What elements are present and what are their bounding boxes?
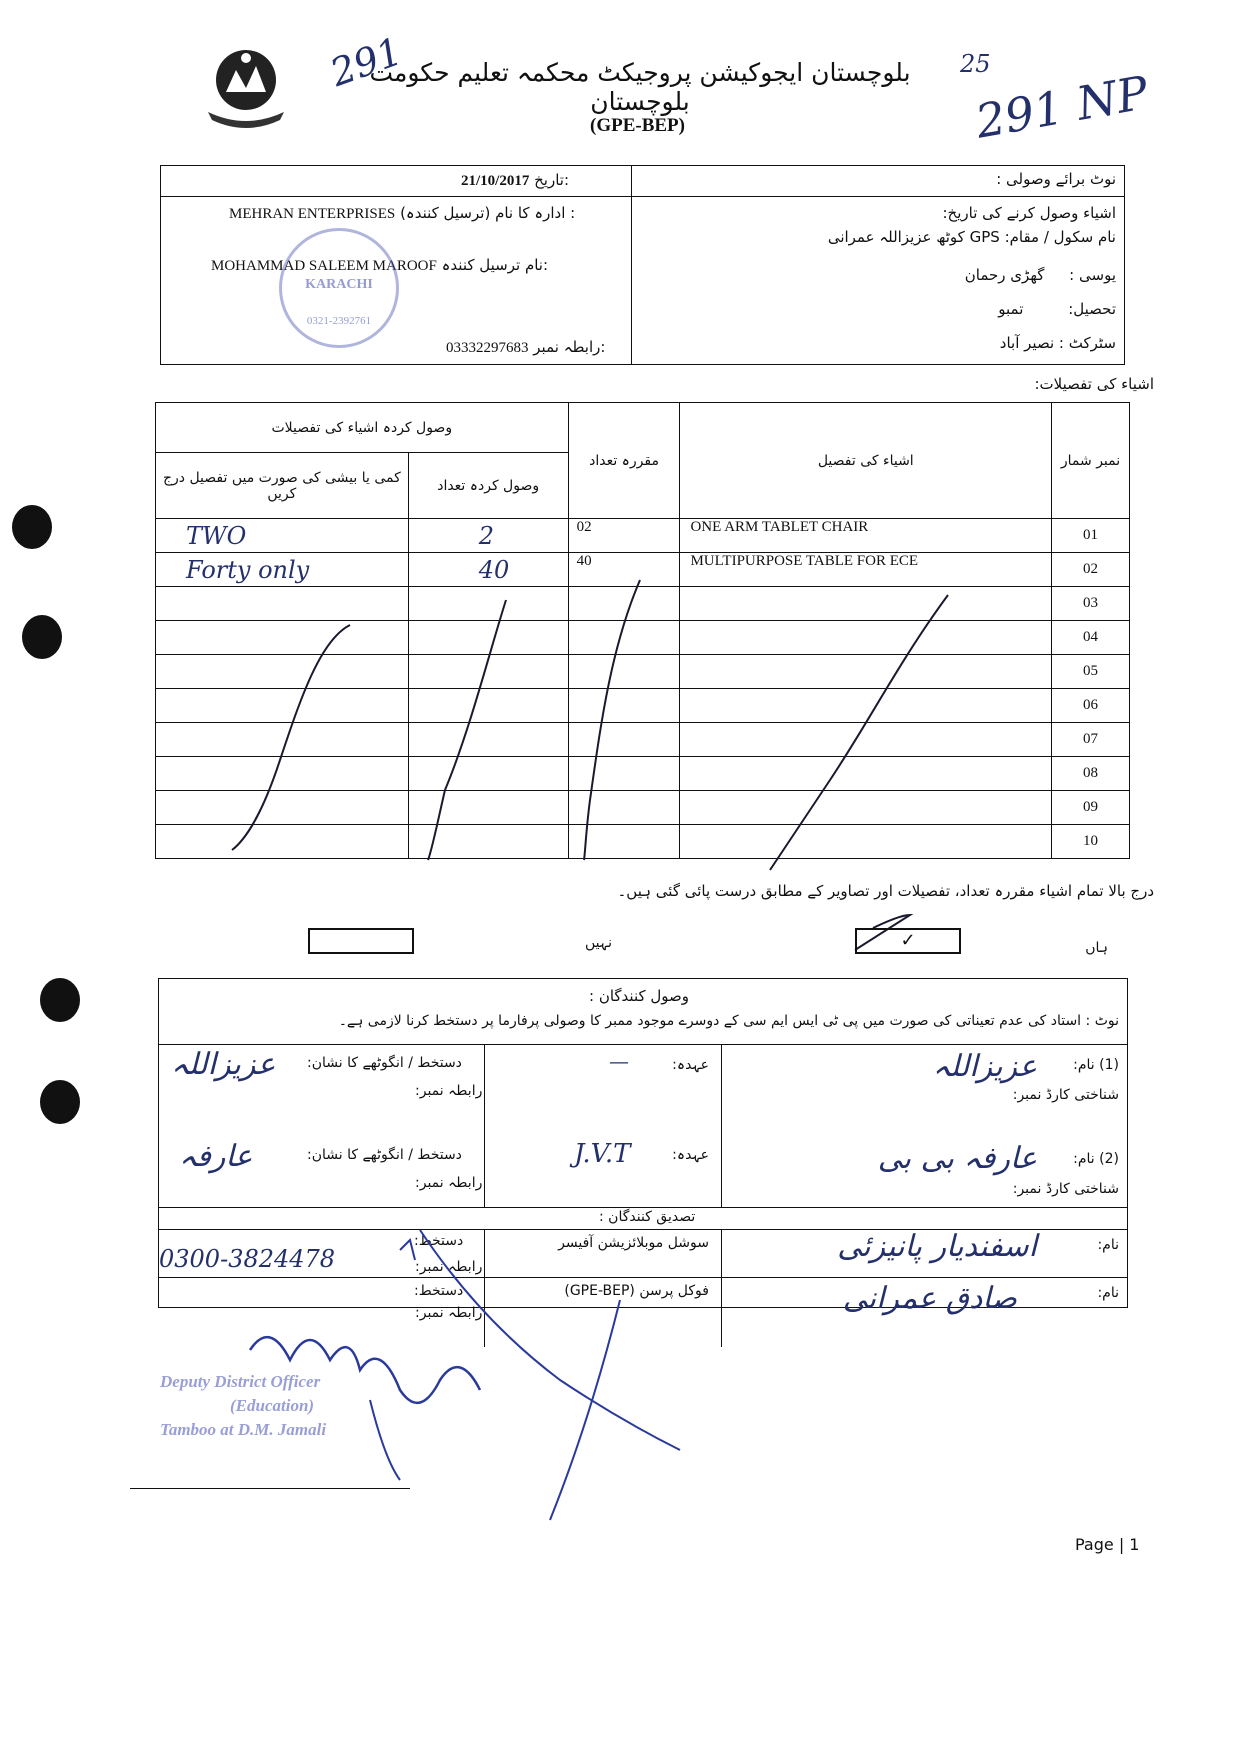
page-number: Page | 1 [1075, 1535, 1139, 1554]
signature-scribbles [0, 0, 1236, 1740]
bottom-divider [130, 1488, 410, 1489]
